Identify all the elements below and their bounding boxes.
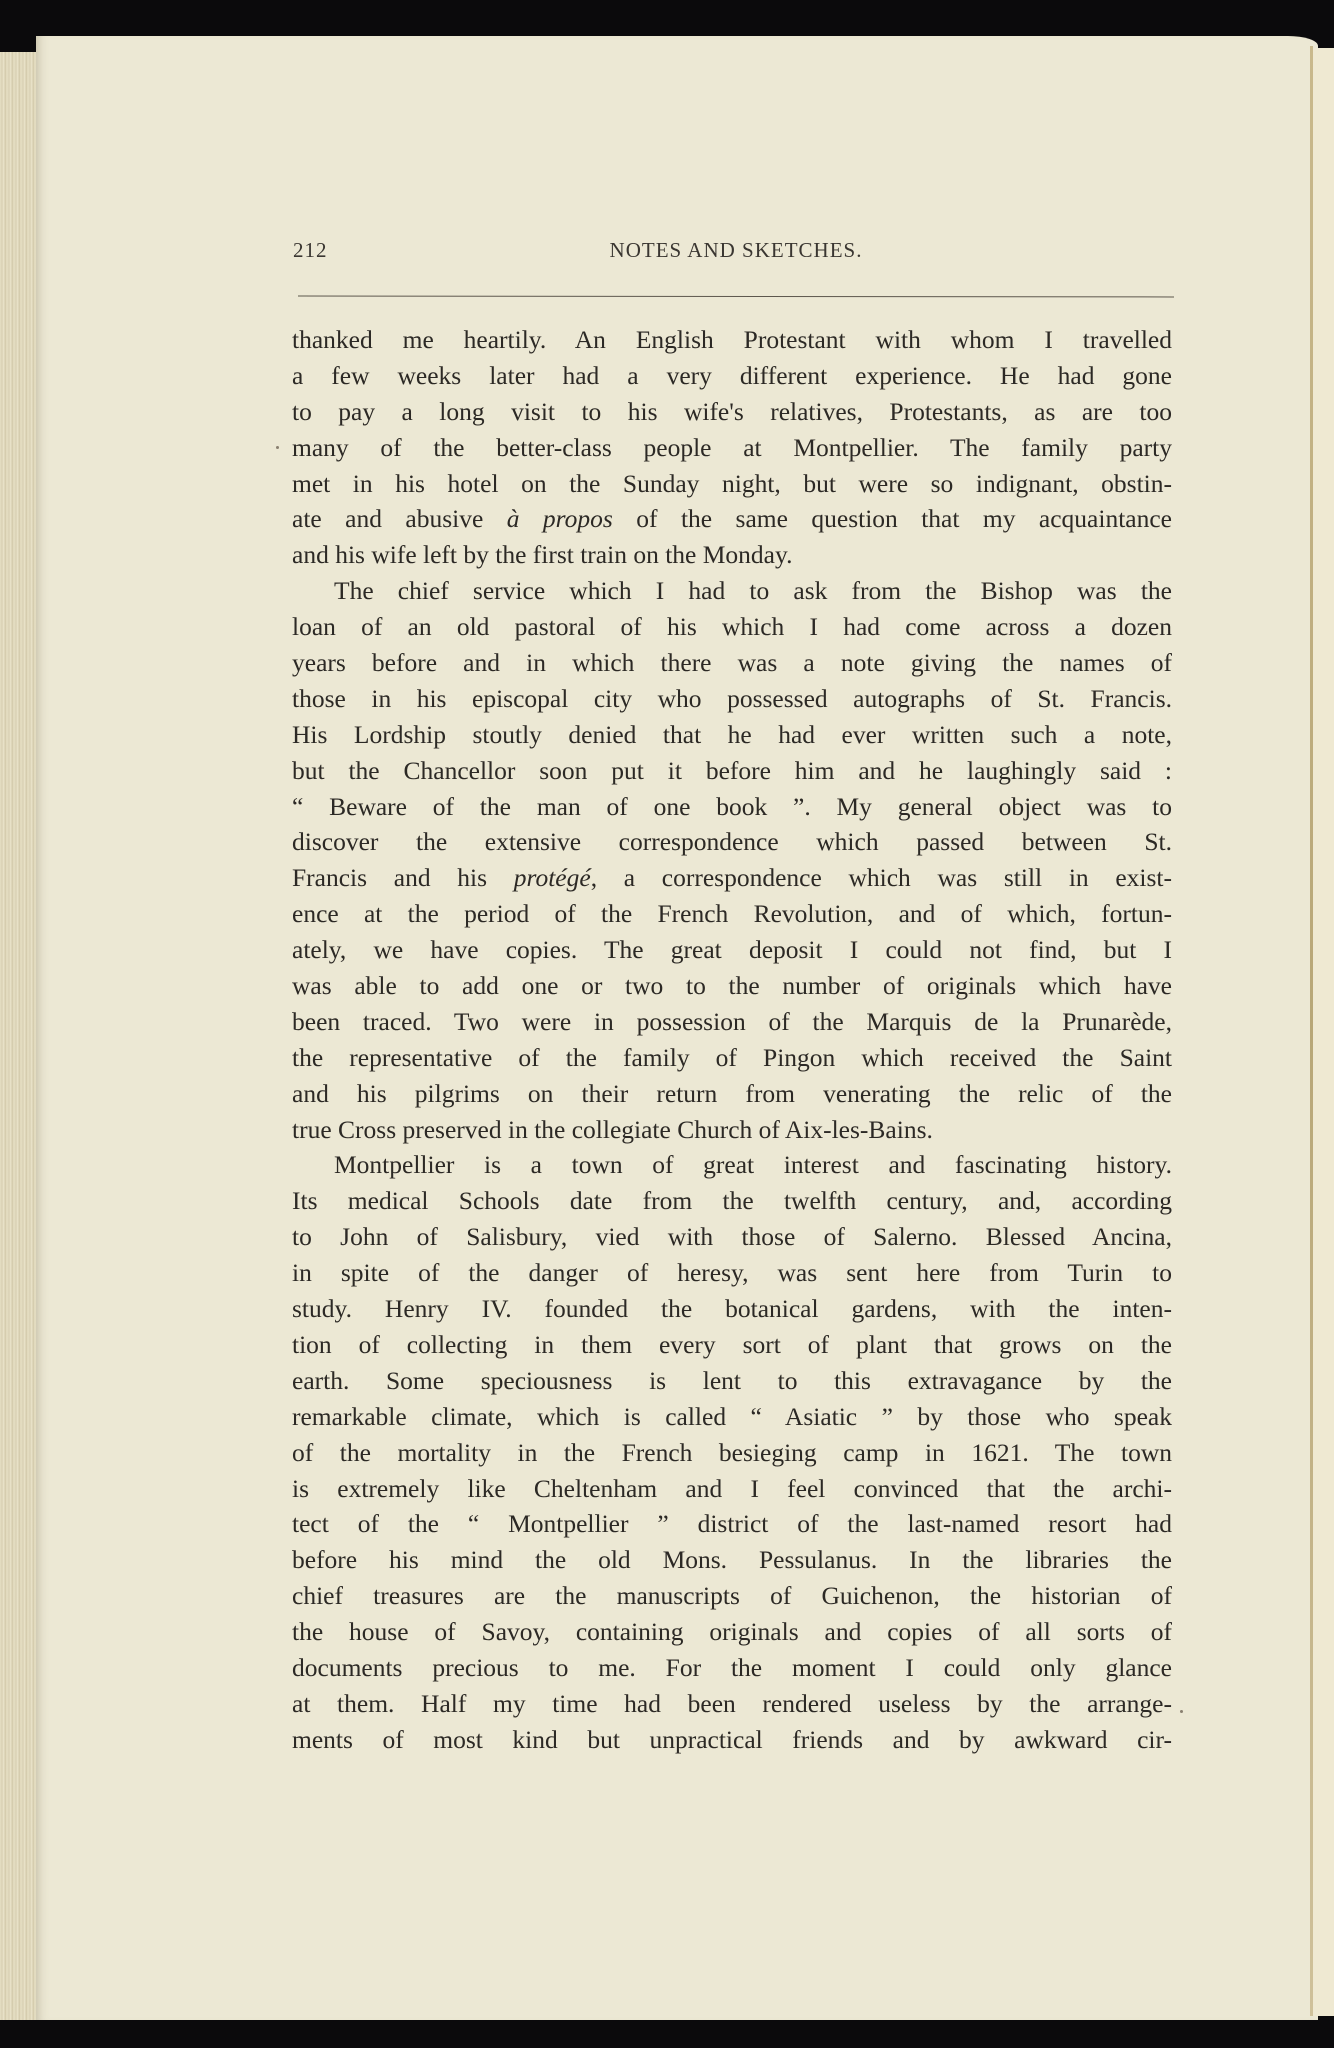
text-line: remarkable climate, which is called “ As… (292, 1399, 1172, 1435)
text-line: of the mortality in the French besieging… (292, 1435, 1172, 1471)
text-span: Francis and his (292, 863, 514, 892)
text-line: ence at the period of the French Revolut… (292, 896, 1172, 932)
text-line: discover the extensive correspondence wh… (292, 824, 1172, 860)
italic-phrase: protégé (514, 863, 591, 892)
text-line: in spite of the danger of heresy, was se… (292, 1255, 1172, 1291)
text-line: true Cross preserved in the collegiate C… (292, 1112, 1172, 1148)
facing-page-edge (1313, 48, 1334, 2016)
italic-phrase: à propos (507, 504, 613, 533)
text-line: The chief service which I had to ask fro… (292, 573, 1172, 609)
text-line: ate and abusive à propos of the same que… (292, 501, 1172, 537)
text-line: met in his hotel on the Sunday night, bu… (292, 466, 1172, 502)
text-line: His Lordship stoutly denied that he had … (292, 717, 1172, 753)
text-line: before his mind the old Mons. Pessulanus… (292, 1542, 1172, 1578)
text-line: the house of Savoy, containing originals… (292, 1614, 1172, 1650)
margin-mark (276, 446, 279, 449)
text-line: the representative of the family of Ping… (292, 1040, 1172, 1076)
text-line: was able to add one or two to the number… (292, 968, 1172, 1004)
text-line: documents precious to me. For the moment… (292, 1650, 1172, 1686)
text-line: chief treasures are the manuscripts of G… (292, 1578, 1172, 1614)
text-span: , a correspondence which was still in ex… (591, 863, 1172, 892)
text-line: to John of Salisbury, vied with those of… (292, 1219, 1172, 1255)
text-line: is extremely like Cheltenham and I feel … (292, 1471, 1172, 1507)
text-line: Montpellier is a town of great interest … (292, 1147, 1172, 1183)
text-line: at them. Half my time had been rendered … (292, 1686, 1172, 1722)
page-edges-stack (0, 52, 40, 2020)
running-head: 212 NOTES AND SKETCHES. (290, 238, 1172, 268)
text-span: of the same question that my acquaintanc… (613, 504, 1172, 533)
text-line: earth. Some speciousness is lent to this… (292, 1363, 1172, 1399)
text-line: to pay a long visit to his wife's relati… (292, 394, 1172, 430)
text-line: and his pilgrims on their return from ve… (292, 1076, 1172, 1112)
text-line: tect of the “ Montpellier ” district of … (292, 1506, 1172, 1542)
text-line: study. Henry IV. founded the botanical g… (292, 1291, 1172, 1327)
text-line: a few weeks later had a very different e… (292, 358, 1172, 394)
text-line: “ Beware of the man of one book ”. My ge… (292, 789, 1172, 825)
text-line: Its medical Schools date from the twelft… (292, 1183, 1172, 1219)
text-line: ately, we have copies. The great deposit… (292, 932, 1172, 968)
text-line: ments of most kind but unpractical frien… (292, 1722, 1172, 1758)
text-line: tion of collecting in them every sort of… (292, 1327, 1172, 1363)
running-title: NOTES AND SKETCHES. (290, 238, 1172, 263)
text-line: and his wife left by the first train on … (292, 537, 1172, 573)
text-line: many of the better-class people at Montp… (292, 430, 1172, 466)
text-line: those in his episcopal city who possesse… (292, 681, 1172, 717)
body-text: thanked me heartily. An English Protesta… (292, 322, 1172, 1758)
text-line: Francis and his protégé, a correspondenc… (292, 860, 1172, 896)
text-line: thanked me heartily. An English Protesta… (292, 322, 1172, 358)
margin-mark (1180, 1710, 1183, 1713)
text-line: but the Chancellor soon put it before hi… (292, 753, 1172, 789)
text-line: been traced. Two were in possession of t… (292, 1004, 1172, 1040)
text-line: loan of an old pastoral of his which I h… (292, 609, 1172, 645)
text-span: ate and abusive (292, 504, 507, 533)
text-line: years before and in which there was a no… (292, 645, 1172, 681)
